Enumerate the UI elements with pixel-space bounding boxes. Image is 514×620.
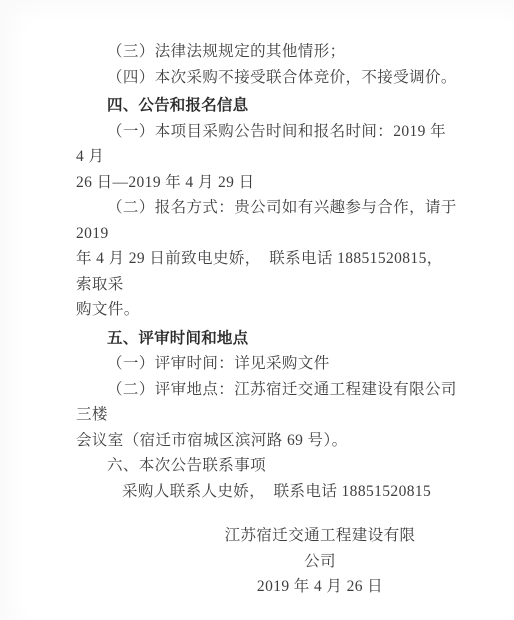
document-line: （三）法律法规规定的其他情形；: [76, 39, 458, 65]
document-line: （一）评审时间：详见采购文件: [76, 351, 458, 377]
signature-company: 江苏宿迁交通工程建设有限公司: [220, 523, 420, 574]
document-line: 购文件。: [76, 297, 458, 323]
document-body: （三）法律法规规定的其他情形；（四）本次采购不接受联合体竞价，不接受调价。四、公…: [76, 39, 458, 600]
section-heading: 六、本次公告联系事项: [76, 453, 458, 479]
signature-date: 2019 年 4 月 26 日: [220, 574, 420, 600]
document-line: （四）本次采购不接受联合体竞价，不接受调价。: [76, 65, 458, 91]
document-line: （二）评审地点：江苏宿迁交通工程建设有限公司三楼: [76, 377, 458, 428]
document-line: 会议室（宿迁市宿城区滨河路 69 号）。: [76, 428, 458, 454]
document-line: 26 日—2019 年 4 月 29 日: [76, 170, 458, 196]
document-line: （一）本项目采购公告时间和报名时间：2019 年 4 月: [76, 119, 458, 170]
section-heading: 五、评审时间和地点: [76, 326, 458, 352]
document-page: （三）法律法规规定的其他情形；（四）本次采购不接受联合体竞价，不接受调价。四、公…: [0, 0, 514, 620]
document-line: （二）报名方式：贵公司如有兴趣参与合作，请于 2019: [76, 195, 458, 246]
document-line: 年 4 月 29 日前致电史娇， 联系电话 18851520815，索取采: [76, 246, 458, 297]
document-line: 采购人联系人史娇， 联系电话 18851520815: [76, 479, 458, 505]
section-heading: 四、公告和报名信息: [76, 93, 458, 119]
